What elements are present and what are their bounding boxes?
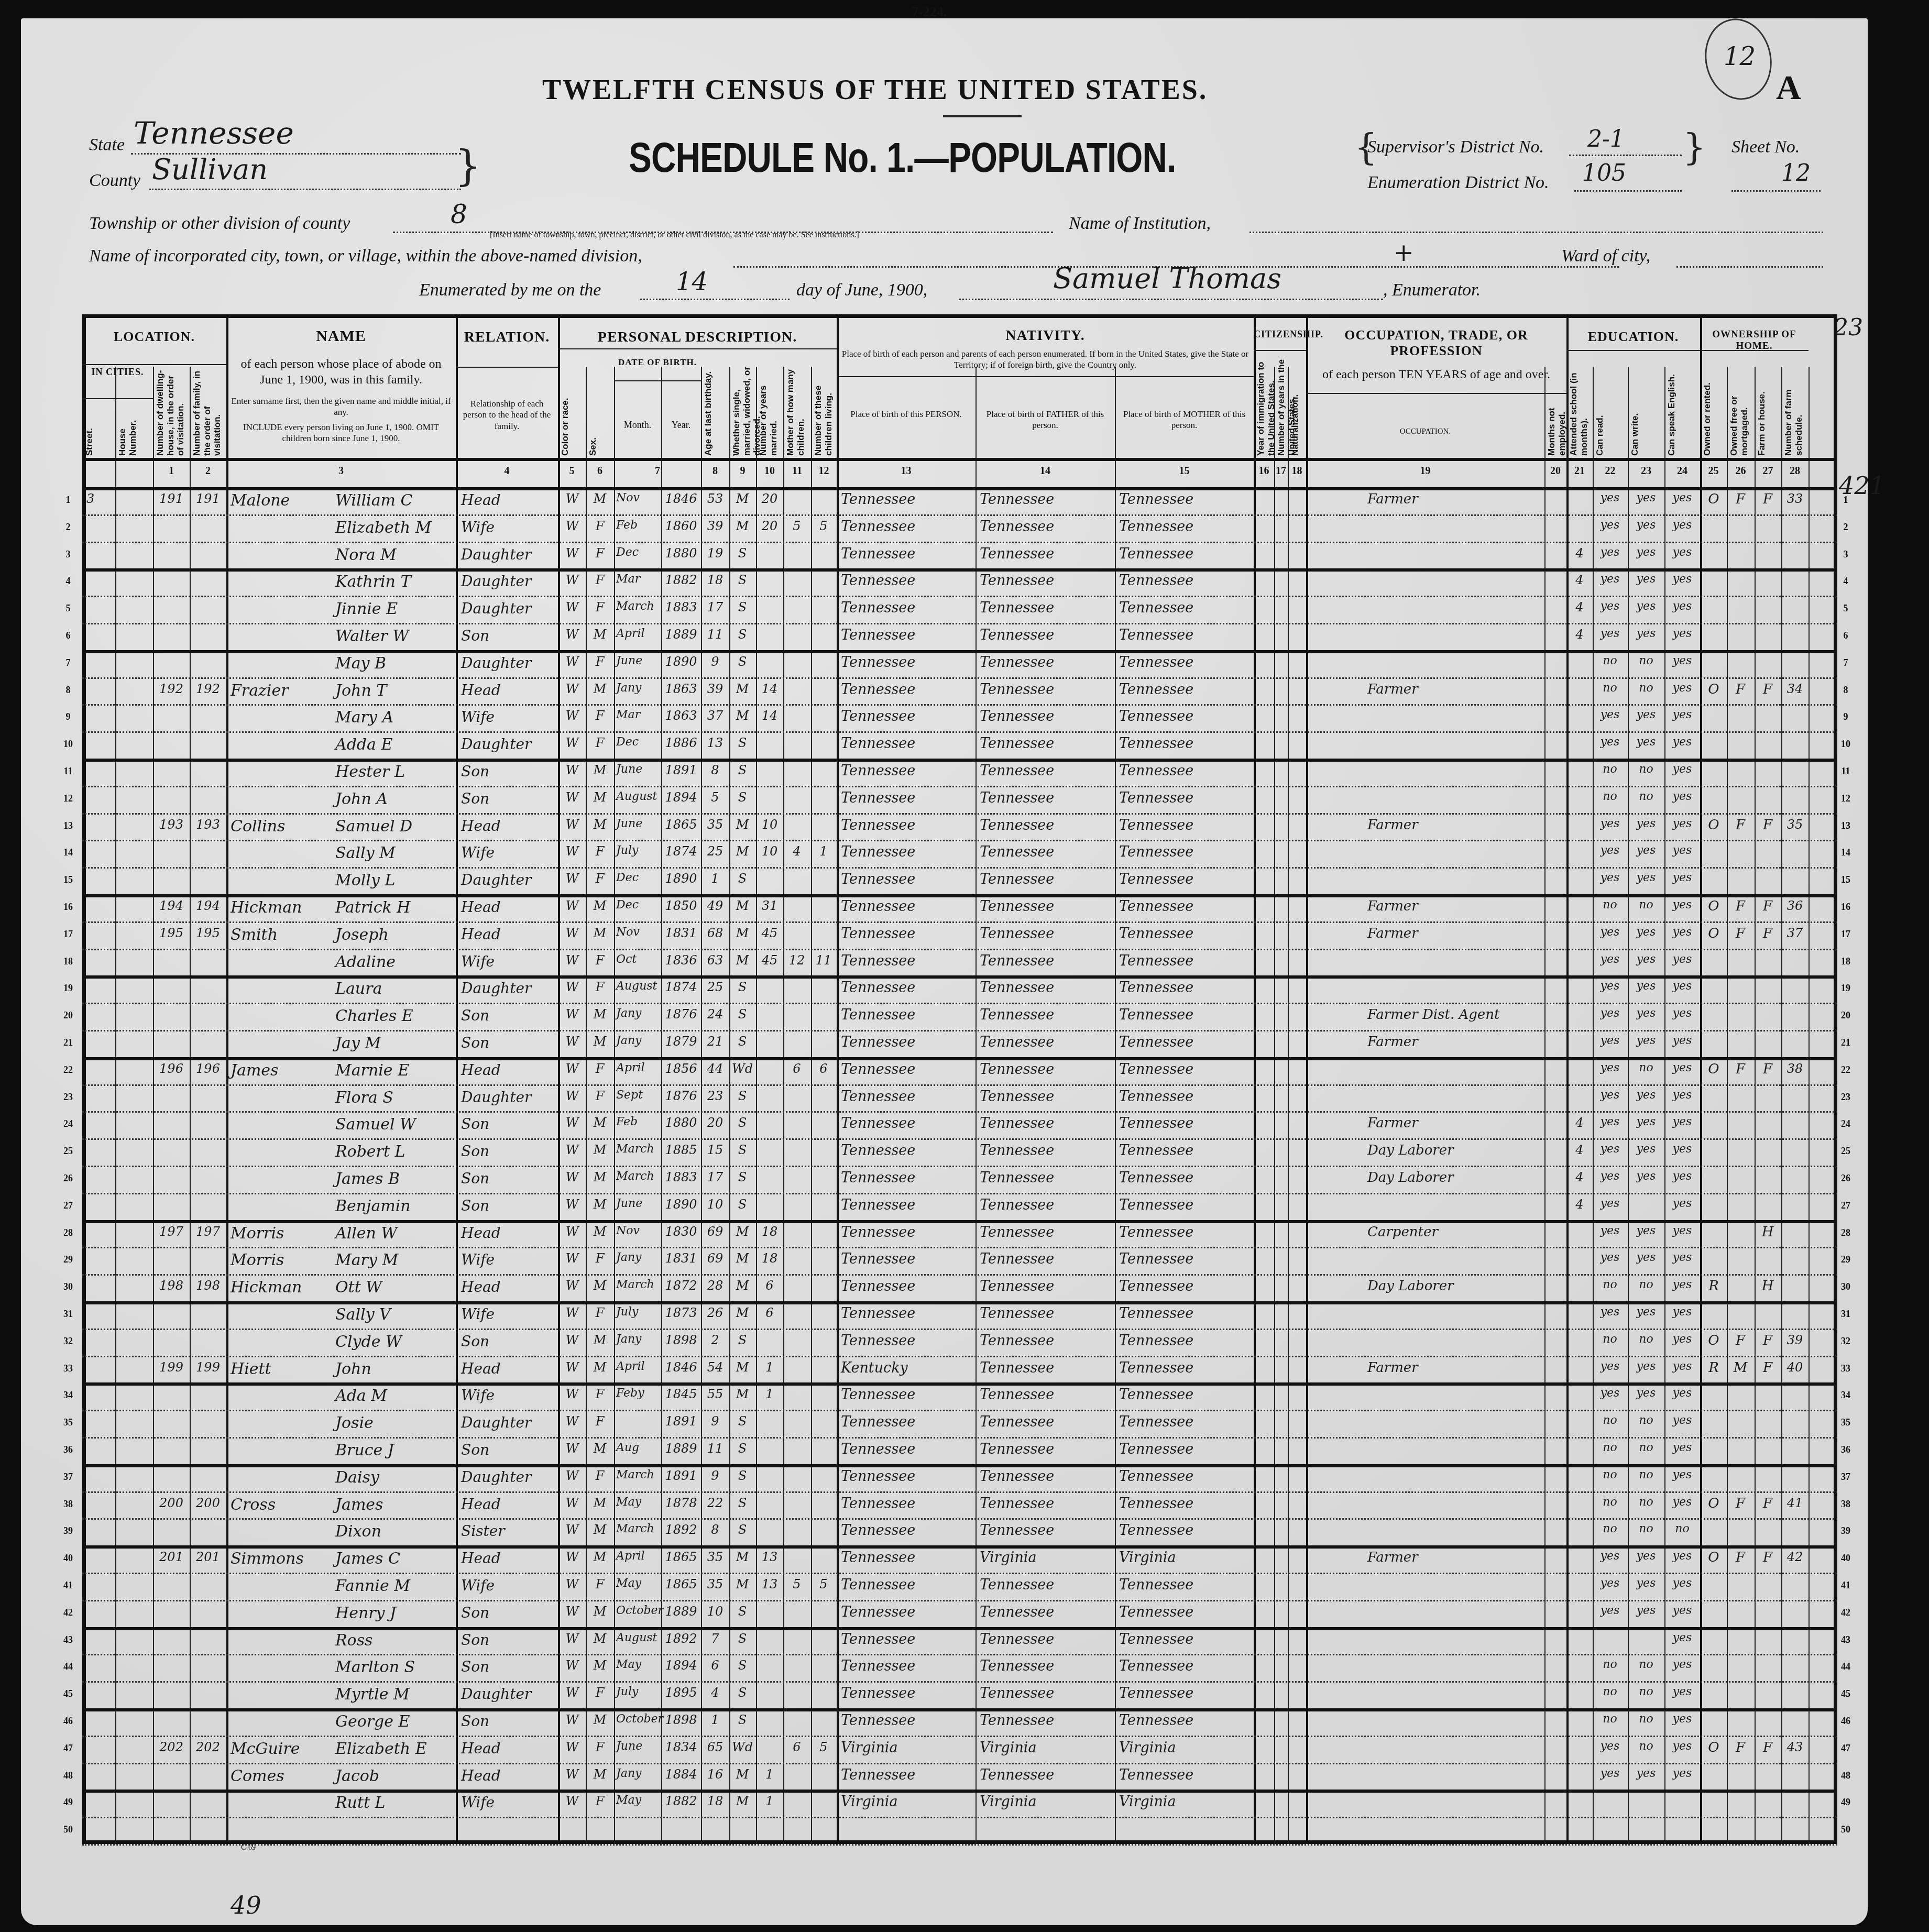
can-speak-english-cell[interactable]: yes [1666, 1713, 1698, 1726]
sex-cell[interactable]: F [588, 844, 612, 859]
birth-month-cell[interactable]: Dec [616, 871, 660, 884]
birthplace-person-cell[interactable]: Tennessee [841, 1631, 972, 1648]
given-name-cell[interactable]: Jinnie E [335, 600, 453, 618]
marital-cell[interactable]: M [730, 1550, 754, 1564]
birth-year-cell[interactable]: 1898 [663, 1333, 699, 1347]
age-cell[interactable]: 49 [702, 898, 728, 913]
birthplace-mother-cell[interactable]: Tennessee [1119, 1604, 1250, 1620]
birthplace-father-cell[interactable]: Tennessee [980, 1414, 1111, 1430]
birth-year-cell[interactable]: 1892 [663, 1522, 699, 1537]
can-write-cell[interactable]: yes [1629, 953, 1663, 966]
can-read-cell[interactable]: yes [1594, 627, 1626, 640]
occupation-cell[interactable]: Farmer [1367, 682, 1540, 697]
birthplace-mother-cell[interactable]: Tennessee [1119, 1577, 1250, 1593]
birthplace-father-cell[interactable]: Tennessee [980, 1685, 1111, 1702]
can-speak-english-cell[interactable]: yes [1666, 682, 1698, 695]
birthplace-mother-cell[interactable]: Tennessee [1119, 1522, 1250, 1539]
family-number-cell[interactable]: 202 [192, 1740, 224, 1754]
color-cell[interactable]: W [561, 763, 584, 777]
birthplace-father-cell[interactable]: Tennessee [980, 708, 1111, 724]
birth-month-cell[interactable]: March [616, 1143, 660, 1156]
birthplace-person-cell[interactable]: Tennessee [841, 1767, 972, 1783]
birth-month-cell[interactable]: Sept [616, 1089, 660, 1102]
dwelling-number-cell[interactable]: 199 [155, 1360, 188, 1375]
birth-month-cell[interactable]: June [616, 1197, 660, 1210]
birthplace-person-cell[interactable]: Tennessee [841, 1496, 972, 1512]
can-write-cell[interactable]: yes [1629, 573, 1663, 586]
sex-cell[interactable]: F [588, 1685, 612, 1700]
occupation-cell[interactable]: Farmer [1367, 491, 1540, 507]
owned-rented-cell[interactable]: O [1702, 1740, 1726, 1755]
age-cell[interactable]: 2 [702, 1333, 728, 1347]
birth-year-cell[interactable]: 1891 [663, 763, 699, 777]
given-name-cell[interactable]: Elizabeth E [335, 1740, 453, 1758]
relation-cell[interactable]: Wife [461, 1387, 555, 1404]
relation-cell[interactable]: Head [461, 682, 555, 699]
birthplace-person-cell[interactable]: Tennessee [841, 1278, 972, 1294]
relation-cell[interactable]: Head [461, 1496, 555, 1513]
dwelling-number-cell[interactable]: 194 [155, 898, 188, 913]
birthplace-person-cell[interactable]: Tennessee [841, 1089, 972, 1105]
marital-cell[interactable]: M [730, 1767, 754, 1782]
birth-year-cell[interactable]: 1873 [663, 1305, 699, 1320]
can-read-cell[interactable]: no [1594, 898, 1626, 912]
can-write-cell[interactable]: no [1629, 1713, 1663, 1726]
given-name-cell[interactable]: May B [335, 654, 453, 673]
birthplace-person-cell[interactable]: Tennessee [841, 1061, 972, 1078]
age-cell[interactable]: 35 [702, 1577, 728, 1591]
surname-cell[interactable]: Morris [231, 1224, 325, 1243]
birthplace-person-cell[interactable]: Tennessee [841, 1414, 972, 1430]
relation-cell[interactable]: Daughter [461, 980, 555, 997]
marital-cell[interactable]: M [730, 1305, 754, 1320]
can-write-cell[interactable]: no [1629, 1468, 1663, 1481]
birth-year-cell[interactable]: 1884 [663, 1767, 699, 1782]
children-living-cell[interactable]: 1 [812, 844, 835, 859]
occupation-cell[interactable]: Farmer [1367, 817, 1540, 833]
birthplace-mother-cell[interactable]: Tennessee [1119, 1089, 1250, 1105]
marital-cell[interactable]: S [730, 1170, 754, 1184]
birthplace-person-cell[interactable]: Tennessee [841, 1143, 972, 1159]
color-cell[interactable]: W [561, 1089, 584, 1103]
relation-cell[interactable]: Head [461, 1224, 555, 1242]
birthplace-mother-cell[interactable]: Tennessee [1119, 1170, 1250, 1186]
birth-month-cell[interactable]: Dec [616, 736, 660, 749]
relation-cell[interactable]: Son [461, 763, 555, 780]
relation-cell[interactable]: Son [461, 1604, 555, 1621]
birth-year-cell[interactable]: 1880 [663, 546, 699, 561]
color-cell[interactable]: W [561, 844, 584, 859]
farm-schedule-cell[interactable]: 35 [1782, 817, 1807, 832]
birth-year-cell[interactable]: 1865 [663, 817, 699, 832]
birth-month-cell[interactable]: Dec [616, 898, 660, 912]
birthplace-father-cell[interactable]: Tennessee [980, 654, 1111, 671]
owned-rented-cell[interactable]: R [1702, 1278, 1726, 1294]
birthplace-person-cell[interactable]: Tennessee [841, 708, 972, 724]
owned-free-cell[interactable]: F [1728, 1740, 1753, 1755]
years-married-cell[interactable]: 13 [757, 1550, 782, 1564]
can-read-cell[interactable]: no [1594, 1496, 1626, 1509]
sex-cell[interactable]: M [588, 1550, 612, 1564]
birth-year-cell[interactable]: 1865 [663, 1550, 699, 1564]
can-speak-english-cell[interactable]: yes [1666, 1197, 1698, 1210]
can-write-cell[interactable]: yes [1629, 519, 1663, 532]
birthplace-mother-cell[interactable]: Tennessee [1119, 1685, 1250, 1702]
owned-rented-cell[interactable]: O [1702, 1550, 1726, 1565]
owned-free-cell[interactable]: F [1728, 817, 1753, 833]
birthplace-father-cell[interactable]: Tennessee [980, 736, 1111, 752]
can-read-cell[interactable]: yes [1594, 1577, 1626, 1590]
birthplace-father-cell[interactable]: Tennessee [980, 1360, 1111, 1376]
birth-month-cell[interactable]: Nov [616, 491, 660, 504]
can-read-cell[interactable]: yes [1594, 1197, 1626, 1210]
birthplace-father-cell[interactable]: Tennessee [980, 817, 1111, 833]
can-write-cell[interactable]: yes [1629, 736, 1663, 749]
birth-month-cell[interactable]: Aug [616, 1441, 660, 1454]
birthplace-mother-cell[interactable]: Tennessee [1119, 654, 1250, 671]
age-cell[interactable]: 26 [702, 1305, 728, 1320]
marital-cell[interactable]: M [730, 519, 754, 533]
can-write-cell[interactable]: no [1629, 790, 1663, 803]
given-name-cell[interactable]: Nora M [335, 546, 453, 564]
age-cell[interactable]: 11 [702, 1441, 728, 1456]
age-cell[interactable]: 9 [702, 1414, 728, 1429]
color-cell[interactable]: W [561, 1658, 584, 1673]
sex-cell[interactable]: F [588, 519, 612, 533]
birthplace-person-cell[interactable]: Tennessee [841, 871, 972, 887]
can-speak-english-cell[interactable]: yes [1666, 1685, 1698, 1698]
can-speak-english-cell[interactable]: yes [1666, 871, 1698, 884]
can-read-cell[interactable]: no [1594, 1468, 1626, 1481]
can-speak-english-cell[interactable]: yes [1666, 736, 1698, 749]
children-living-cell[interactable]: 5 [812, 1577, 835, 1591]
sex-cell[interactable]: F [588, 1468, 612, 1483]
color-cell[interactable]: W [561, 1387, 584, 1401]
can-read-cell[interactable]: yes [1594, 871, 1626, 884]
birthplace-person-cell[interactable]: Tennessee [841, 1197, 972, 1213]
relation-cell[interactable]: Son [461, 1441, 555, 1458]
birthplace-mother-cell[interactable]: Tennessee [1119, 1143, 1250, 1159]
birthplace-mother-cell[interactable]: Tennessee [1119, 926, 1250, 942]
age-cell[interactable]: 28 [702, 1278, 728, 1293]
relation-cell[interactable]: Son [461, 1658, 555, 1675]
birthplace-father-cell[interactable]: Tennessee [980, 790, 1111, 806]
dwelling-number-cell[interactable]: 191 [155, 491, 188, 506]
sex-cell[interactable]: M [588, 491, 612, 506]
color-cell[interactable]: W [561, 1333, 584, 1347]
can-speak-english-cell[interactable]: yes [1666, 654, 1698, 667]
can-speak-english-cell[interactable]: yes [1666, 546, 1698, 559]
years-married-cell[interactable]: 1 [757, 1387, 782, 1401]
birthplace-mother-cell[interactable]: Tennessee [1119, 1360, 1250, 1376]
birthplace-person-cell[interactable]: Tennessee [841, 1441, 972, 1457]
color-cell[interactable]: W [561, 1360, 584, 1375]
birthplace-mother-cell[interactable]: Tennessee [1119, 519, 1250, 535]
owned-rented-cell[interactable]: O [1702, 682, 1726, 697]
birthplace-mother-cell[interactable]: Tennessee [1119, 790, 1250, 806]
marital-cell[interactable]: S [730, 1414, 754, 1429]
can-speak-english-cell[interactable]: yes [1666, 1414, 1698, 1427]
mother-of-cell[interactable]: 5 [784, 1577, 809, 1591]
can-write-cell[interactable]: yes [1629, 1360, 1663, 1373]
birth-year-cell[interactable]: 1846 [663, 1360, 699, 1375]
color-cell[interactable]: W [561, 627, 584, 642]
relation-cell[interactable]: Son [461, 1034, 555, 1051]
years-married-cell[interactable]: 1 [757, 1767, 782, 1782]
given-name-cell[interactable]: Josie [335, 1414, 453, 1432]
mother-of-cell[interactable]: 6 [784, 1061, 809, 1076]
color-cell[interactable]: W [561, 1767, 584, 1782]
marital-cell[interactable]: S [730, 1713, 754, 1727]
sex-cell[interactable]: M [588, 898, 612, 913]
relation-cell[interactable]: Daughter [461, 736, 555, 753]
birthplace-person-cell[interactable]: Tennessee [841, 898, 972, 915]
can-read-cell[interactable]: no [1594, 790, 1626, 803]
birthplace-person-cell[interactable]: Tennessee [841, 1713, 972, 1729]
birthplace-mother-cell[interactable]: Tennessee [1119, 871, 1250, 887]
sex-cell[interactable]: F [588, 708, 612, 723]
sex-cell[interactable]: F [588, 1577, 612, 1591]
family-number-cell[interactable]: 201 [192, 1550, 224, 1564]
relation-cell[interactable]: Wife [461, 1577, 555, 1594]
birthplace-person-cell[interactable]: Tennessee [841, 600, 972, 616]
color-cell[interactable]: W [561, 1740, 584, 1754]
farm-house-cell[interactable]: F [1756, 1333, 1780, 1348]
birthplace-mother-cell[interactable]: Tennessee [1119, 1333, 1250, 1349]
can-speak-english-cell[interactable]: yes [1666, 1007, 1698, 1020]
sex-cell[interactable]: F [588, 1794, 612, 1808]
occupation-cell[interactable]: Farmer [1367, 1360, 1540, 1376]
marital-cell[interactable]: S [730, 1007, 754, 1022]
sex-cell[interactable]: M [588, 682, 612, 696]
farm-house-cell[interactable]: F [1756, 682, 1780, 697]
age-cell[interactable]: 37 [702, 708, 728, 723]
owned-rented-cell[interactable]: O [1702, 1496, 1726, 1511]
can-write-cell[interactable]: yes [1629, 627, 1663, 640]
birth-month-cell[interactable]: April [616, 1061, 660, 1074]
birthplace-mother-cell[interactable]: Tennessee [1119, 736, 1250, 752]
can-speak-english-cell[interactable]: yes [1666, 1658, 1698, 1671]
birthplace-father-cell[interactable]: Tennessee [980, 1577, 1111, 1593]
birth-year-cell[interactable]: 1889 [663, 1441, 699, 1456]
birthplace-person-cell[interactable]: Tennessee [841, 1251, 972, 1267]
birth-month-cell[interactable]: October [616, 1713, 660, 1726]
color-cell[interactable]: W [561, 953, 584, 968]
relation-cell[interactable]: Head [461, 898, 555, 916]
birth-year-cell[interactable]: 1898 [663, 1713, 699, 1727]
birth-month-cell[interactable]: April [616, 1360, 660, 1373]
relation-cell[interactable]: Daughter [461, 1089, 555, 1106]
birthplace-person-cell[interactable]: Tennessee [841, 1577, 972, 1593]
occupation-cell[interactable]: Farmer [1367, 926, 1540, 941]
birth-month-cell[interactable]: March [616, 1468, 660, 1481]
birth-year-cell[interactable]: 1882 [663, 1794, 699, 1808]
can-speak-english-cell[interactable]: yes [1666, 1143, 1698, 1156]
sex-cell[interactable]: M [588, 1631, 612, 1646]
sex-cell[interactable]: M [588, 1224, 612, 1239]
birthplace-mother-cell[interactable]: Tennessee [1119, 1713, 1250, 1729]
surname-cell[interactable]: Hiett [231, 1360, 325, 1378]
can-write-cell[interactable]: no [1629, 1522, 1663, 1535]
birth-month-cell[interactable]: Feby [616, 1387, 660, 1400]
given-name-cell[interactable]: Myrtle M [335, 1685, 453, 1704]
can-speak-english-cell[interactable]: yes [1666, 1631, 1698, 1644]
can-write-cell[interactable]: yes [1629, 1007, 1663, 1020]
relation-cell[interactable]: Wife [461, 1305, 555, 1323]
can-write-cell[interactable]: yes [1629, 926, 1663, 939]
marital-cell[interactable]: M [730, 817, 754, 832]
birthplace-father-cell[interactable]: Tennessee [980, 926, 1111, 942]
color-cell[interactable]: W [561, 1468, 584, 1483]
can-write-cell[interactable]: no [1629, 763, 1663, 776]
birth-month-cell[interactable]: June [616, 817, 660, 830]
owned-free-cell[interactable]: F [1728, 926, 1753, 941]
birth-month-cell[interactable]: June [616, 654, 660, 667]
color-cell[interactable]: W [561, 1278, 584, 1293]
can-write-cell[interactable]: no [1629, 682, 1663, 695]
relation-cell[interactable]: Wife [461, 953, 555, 970]
color-cell[interactable]: W [561, 1251, 584, 1266]
relation-cell[interactable]: Son [461, 1115, 555, 1133]
age-cell[interactable]: 17 [702, 600, 728, 614]
given-name-cell[interactable]: Jay M [335, 1034, 453, 1052]
birth-month-cell[interactable]: Nov [616, 926, 660, 939]
age-cell[interactable]: 1 [702, 1713, 728, 1727]
age-cell[interactable]: 68 [702, 926, 728, 940]
can-speak-english-cell[interactable]: yes [1666, 844, 1698, 857]
owned-free-cell[interactable]: F [1728, 898, 1753, 914]
color-cell[interactable]: W [561, 1115, 584, 1130]
birthplace-father-cell[interactable]: Tennessee [980, 763, 1111, 779]
can-speak-english-cell[interactable]: yes [1666, 1089, 1698, 1102]
mother-of-cell[interactable]: 12 [784, 953, 809, 968]
can-write-cell[interactable]: yes [1629, 1387, 1663, 1400]
sex-cell[interactable]: M [588, 1360, 612, 1375]
birthplace-mother-cell[interactable]: Tennessee [1119, 1224, 1250, 1241]
given-name-cell[interactable]: Bruce J [335, 1441, 453, 1459]
marital-cell[interactable]: S [730, 600, 754, 614]
family-number-cell[interactable]: 198 [192, 1278, 224, 1293]
can-speak-english-cell[interactable]: yes [1666, 1360, 1698, 1373]
children-living-cell[interactable]: 6 [812, 1061, 835, 1076]
can-write-cell[interactable]: yes [1629, 1034, 1663, 1047]
birthplace-mother-cell[interactable]: Virginia [1119, 1740, 1250, 1756]
years-married-cell[interactable]: 45 [757, 926, 782, 940]
can-speak-english-cell[interactable]: yes [1666, 627, 1698, 640]
farm-schedule-cell[interactable]: 34 [1782, 682, 1807, 696]
birth-year-cell[interactable]: 1874 [663, 980, 699, 994]
relation-cell[interactable]: Son [461, 790, 555, 807]
farm-schedule-cell[interactable]: 41 [1782, 1496, 1807, 1510]
marital-cell[interactable]: M [730, 1387, 754, 1401]
birthplace-person-cell[interactable]: Tennessee [841, 1468, 972, 1485]
marital-cell[interactable]: S [730, 1197, 754, 1212]
can-write-cell[interactable]: yes [1629, 600, 1663, 613]
sex-cell[interactable]: F [588, 1305, 612, 1320]
birthplace-father-cell[interactable]: Tennessee [980, 1713, 1111, 1729]
sex-cell[interactable]: F [588, 573, 612, 587]
sex-cell[interactable]: M [588, 1007, 612, 1022]
birthplace-father-cell[interactable]: Tennessee [980, 1604, 1111, 1620]
birth-month-cell[interactable]: August [616, 790, 660, 803]
given-name-cell[interactable]: Benjamin [335, 1197, 453, 1215]
birth-year-cell[interactable]: 1876 [663, 1089, 699, 1103]
birthplace-person-cell[interactable]: Tennessee [841, 1007, 972, 1023]
age-cell[interactable]: 39 [702, 519, 728, 533]
birth-year-cell[interactable]: 1878 [663, 1496, 699, 1510]
can-write-cell[interactable]: no [1629, 1061, 1663, 1074]
given-name-cell[interactable]: Hester L [335, 763, 453, 781]
relation-cell[interactable]: Daughter [461, 1414, 555, 1431]
can-speak-english-cell[interactable]: yes [1666, 980, 1698, 993]
relation-cell[interactable]: Daughter [461, 546, 555, 563]
marital-cell[interactable]: M [730, 491, 754, 506]
age-cell[interactable]: 54 [702, 1360, 728, 1375]
given-name-cell[interactable]: Mary M [335, 1251, 453, 1269]
owned-free-cell[interactable]: F [1728, 1496, 1753, 1511]
marital-cell[interactable]: M [730, 1577, 754, 1591]
can-speak-english-cell[interactable]: yes [1666, 790, 1698, 803]
years-married-cell[interactable]: 1 [757, 1794, 782, 1808]
age-cell[interactable]: 23 [702, 1089, 728, 1103]
can-read-cell[interactable]: no [1594, 1333, 1626, 1346]
years-married-cell[interactable]: 1 [757, 1360, 782, 1375]
sex-cell[interactable]: M [588, 1496, 612, 1510]
can-read-cell[interactable]: yes [1594, 1387, 1626, 1400]
marital-cell[interactable]: S [730, 1685, 754, 1700]
owned-rented-cell[interactable]: O [1702, 1333, 1726, 1348]
years-married-cell[interactable]: 45 [757, 953, 782, 968]
birthplace-father-cell[interactable]: Tennessee [980, 1441, 1111, 1457]
can-write-cell[interactable]: yes [1629, 1550, 1663, 1563]
can-write-cell[interactable]: yes [1629, 708, 1663, 721]
relation-cell[interactable]: Son [461, 1143, 555, 1160]
can-speak-english-cell[interactable]: yes [1666, 573, 1698, 586]
can-read-cell[interactable]: yes [1594, 1305, 1626, 1319]
given-name-cell[interactable]: Henry J [335, 1604, 453, 1622]
birth-month-cell[interactable]: August [616, 980, 660, 993]
birthplace-person-cell[interactable]: Tennessee [841, 1305, 972, 1322]
birthplace-mother-cell[interactable]: Tennessee [1119, 1767, 1250, 1783]
farm-house-cell[interactable]: F [1756, 1496, 1780, 1511]
birthplace-mother-cell[interactable]: Tennessee [1119, 1631, 1250, 1648]
color-cell[interactable]: W [561, 1522, 584, 1537]
can-read-cell[interactable]: no [1594, 763, 1626, 776]
given-name-cell[interactable]: Molly L [335, 871, 453, 890]
occupation-cell[interactable]: Day Laborer [1367, 1170, 1540, 1185]
given-name-cell[interactable]: John [335, 1360, 453, 1378]
can-speak-english-cell[interactable]: yes [1666, 1767, 1698, 1780]
color-cell[interactable]: W [561, 871, 584, 886]
birth-month-cell[interactable]: June [616, 1740, 660, 1753]
can-read-cell[interactable]: yes [1594, 980, 1626, 993]
can-speak-english-cell[interactable]: yes [1666, 1251, 1698, 1264]
age-cell[interactable]: 69 [702, 1224, 728, 1239]
birth-month-cell[interactable]: March [616, 1278, 660, 1291]
can-speak-english-cell[interactable]: yes [1666, 1305, 1698, 1319]
birth-month-cell[interactable]: Nov [616, 1224, 660, 1237]
birthplace-mother-cell[interactable]: Tennessee [1119, 844, 1250, 860]
attended-school-cell[interactable]: 4 [1568, 573, 1592, 587]
relation-cell[interactable]: Daughter [461, 1468, 555, 1486]
birthplace-father-cell[interactable]: Tennessee [980, 1061, 1111, 1078]
given-name-cell[interactable]: Fannie M [335, 1577, 453, 1595]
given-name-cell[interactable]: John A [335, 790, 453, 808]
farm-schedule-cell[interactable]: 37 [1782, 926, 1807, 940]
birth-year-cell[interactable]: 1889 [663, 1604, 699, 1619]
birthplace-mother-cell[interactable]: Tennessee [1119, 1007, 1250, 1023]
can-read-cell[interactable]: yes [1594, 1007, 1626, 1020]
